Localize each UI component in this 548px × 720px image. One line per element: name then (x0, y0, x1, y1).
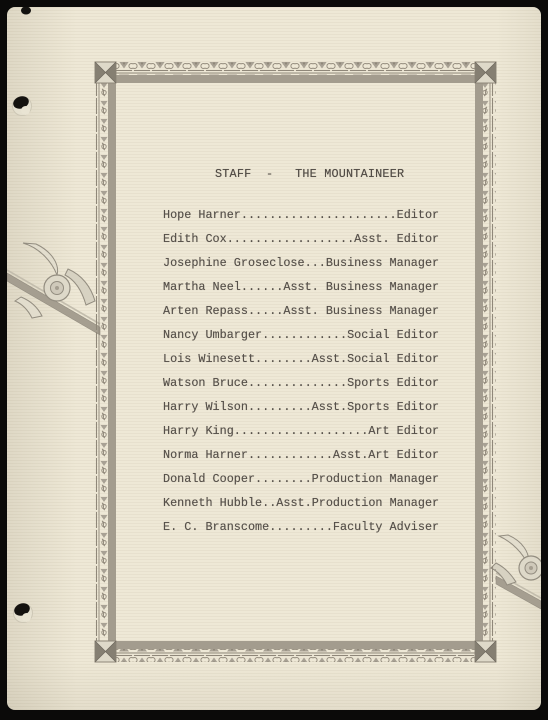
dot-leader: ... (305, 256, 326, 270)
staff-row: Lois Winesett........Asst.Social Editor (163, 347, 453, 371)
staff-role: Asst.Production Manager (276, 496, 439, 510)
dot-leader: ................... (234, 424, 369, 438)
staff-role: Asst.Art Editor (333, 448, 439, 462)
staff-row: Nancy Umbarger............Social Editor (163, 323, 453, 347)
staff-role: Sports Editor (347, 376, 439, 390)
staff-name: Nancy Umbarger (163, 328, 262, 342)
staff-role: Asst. Business Manager (283, 280, 439, 294)
staff-role: Asst.Social Editor (312, 352, 439, 366)
typed-sheet: STAFF - THE MOUNTAINEER Hope Harner.....… (7, 7, 541, 710)
dot-leader: ...................... (241, 208, 397, 222)
staff-row: Arten Repass.....Asst. Business Manager (163, 299, 453, 323)
staff-name: Lois Winesett (163, 352, 255, 366)
staff-row: Martha Neel......Asst. Business Manager (163, 275, 453, 299)
dot-leader: ...... (241, 280, 283, 294)
staff-role: Art Editor (368, 424, 439, 438)
dot-leader: ............ (248, 448, 333, 462)
dot-leader: ............ (262, 328, 347, 342)
staff-name: Norma Harner (163, 448, 248, 462)
staff-role: Faculty Adviser (333, 520, 439, 534)
staff-role: Asst. Editor (354, 232, 439, 246)
staff-role: Asst. Business Manager (283, 304, 439, 318)
dot-leader: ......... (269, 520, 333, 534)
page-title: STAFF - THE MOUNTAINEER (215, 167, 404, 181)
staff-row: Watson Bruce..............Sports Editor (163, 371, 453, 395)
staff-name: Watson Bruce (163, 376, 248, 390)
staff-name: Harry Wilson (163, 400, 248, 414)
dot-leader: .............. (248, 376, 347, 390)
staff-row: Kenneth Hubble..Asst.Production Manager (163, 491, 453, 515)
staff-name: Edith Cox (163, 232, 227, 246)
scan-frame: STAFF - THE MOUNTAINEER Hope Harner.....… (0, 0, 548, 720)
dot-leader: ........ (255, 352, 312, 366)
dot-leader: .................. (227, 232, 354, 246)
staff-row: Edith Cox..................Asst. Editor (163, 227, 453, 251)
staff-name: Kenneth Hubble (163, 496, 262, 510)
staff-role: Production Manager (312, 472, 439, 486)
staff-row: Donald Cooper........Production Manager (163, 467, 453, 491)
staff-row: Harry King...................Art Editor (163, 419, 453, 443)
album-page: STAFF - THE MOUNTAINEER Hope Harner.....… (7, 7, 541, 710)
staff-role: Asst.Sports Editor (312, 400, 439, 414)
staff-role: Social Editor (347, 328, 439, 342)
staff-name: Josephine Groseclose (163, 256, 305, 270)
dot-leader: .. (262, 496, 276, 510)
dot-leader: ......... (248, 400, 312, 414)
staff-row: Norma Harner............Asst.Art Editor (163, 443, 453, 467)
dot-leader: ..... (248, 304, 283, 318)
staff-row: Hope Harner......................Editor (163, 203, 453, 227)
staff-role: Editor (397, 208, 439, 222)
staff-list: Hope Harner......................Editor … (163, 203, 453, 539)
staff-name: Donald Cooper (163, 472, 255, 486)
staff-row: E. C. Branscome.........Faculty Adviser (163, 515, 453, 539)
staff-role: Business Manager (326, 256, 439, 270)
staff-name: Hope Harner (163, 208, 241, 222)
staff-name: Harry King (163, 424, 234, 438)
staff-name: Arten Repass (163, 304, 248, 318)
staff-name: Martha Neel (163, 280, 241, 294)
staff-row: Harry Wilson.........Asst.Sports Editor (163, 395, 453, 419)
staff-name: E. C. Branscome (163, 520, 269, 534)
dot-leader: ........ (255, 472, 312, 486)
staff-row: Josephine Groseclose...Business Manager (163, 251, 453, 275)
